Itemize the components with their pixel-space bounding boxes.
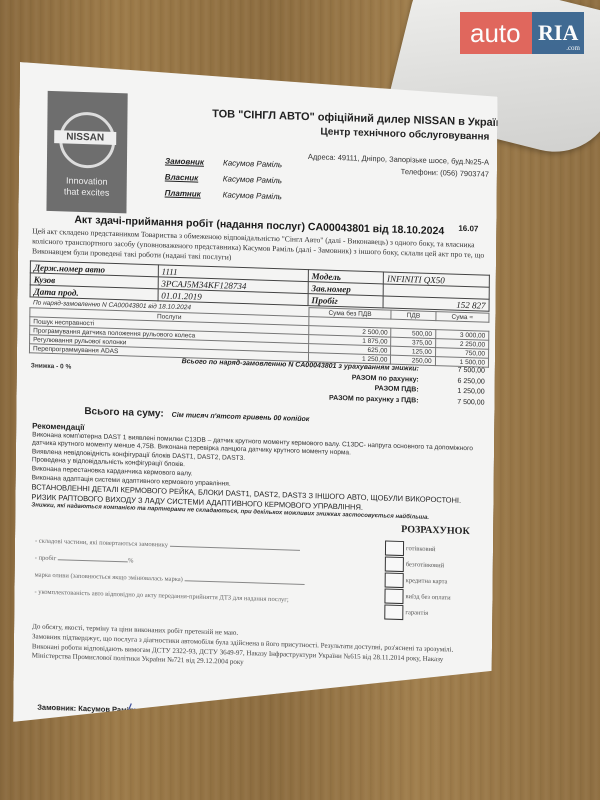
total-label: РАЗОМ по рахунку з ПДВ:	[329, 393, 419, 406]
option-label: безготівковий	[406, 561, 444, 569]
logo-tagline: Innovation that excites	[47, 175, 127, 200]
fine-print: До обсягу, якості, терміну та ціни викон…	[32, 622, 482, 675]
option-label: гарантія	[405, 609, 428, 617]
blank-label: - складові частини, які повертаються зам…	[35, 537, 168, 548]
sum-value: Сім тисяч п'ятсот гривень 00 копійок	[172, 412, 310, 423]
act-time: 16.07	[458, 224, 478, 234]
mileage-label: Пробіг	[308, 294, 383, 308]
party-label: Власник	[165, 173, 223, 184]
autoria-watermark: auto RIA.com	[460, 12, 584, 54]
department: Центр технічного обслуговування	[320, 126, 489, 142]
settlement-options: готівковий безготівковий кредитна карта …	[384, 539, 451, 621]
settlement-cash[interactable]: готівковий	[385, 539, 451, 557]
party-owner: ВласникКасумов Раміль	[165, 173, 282, 186]
blank-line[interactable]	[170, 539, 300, 551]
nissan-ring-icon: NISSAN	[59, 111, 116, 169]
watermark-ria-text: RIA	[538, 20, 578, 45]
option-label: кредитна карта	[406, 577, 448, 585]
discount: Знижка - 0 %	[31, 362, 72, 370]
blank-fields: - складові частини, які повертаються зам…	[34, 532, 305, 608]
blank-label: - пробіг	[35, 554, 57, 562]
option-label: готівковий	[406, 545, 436, 553]
company-name: ТОВ "СІНГЛ АВТО" офіційний дилер NISSAN …	[212, 108, 505, 129]
recommendations: Рекомендації Виконана комп'ютерна DAST 1…	[31, 422, 487, 524]
checkbox-icon[interactable]	[385, 572, 404, 588]
settlement-card[interactable]: кредитна карта	[385, 571, 451, 589]
checkbox-icon[interactable]	[385, 556, 404, 572]
settlement-no-pay[interactable]: виїзд без оплати	[384, 587, 450, 605]
service-act-document: NISSAN Innovation that excites ТОВ "СІНГ…	[13, 62, 498, 737]
blank-label: - укомплектованість авто відповідно до а…	[34, 588, 288, 603]
tagline-line2: that excites	[47, 186, 127, 200]
option-label: виїзд без оплати	[405, 593, 450, 601]
nissan-logo: NISSAN Innovation that excites	[46, 91, 127, 213]
checkbox-icon[interactable]	[384, 604, 403, 620]
totals-block: Всього по наряд-замовленню N CA00043801 …	[181, 357, 485, 409]
watermark-auto: auto	[460, 12, 532, 54]
party-value: Касумов Раміль	[223, 174, 282, 185]
party-label: Платник	[165, 189, 223, 200]
party-customer: ЗамовникКасумов Раміль	[165, 157, 282, 170]
checkbox-icon[interactable]	[385, 540, 404, 556]
party-payer: ПлатникКасумов Раміль	[165, 189, 282, 202]
logo-brand: NISSAN	[54, 130, 116, 145]
percent-sign: %	[128, 557, 133, 564]
checkbox-icon[interactable]	[384, 588, 403, 604]
blank-line[interactable]	[184, 573, 304, 585]
settlement-title: РОЗРАХУНОК	[401, 524, 470, 537]
company-contacts: Адреса: 49111, Дніпро, Запорізьке шосе, …	[308, 151, 489, 181]
blank-line[interactable]	[58, 552, 128, 562]
customer-label: Замовник:	[37, 703, 76, 713]
settlement-cashless[interactable]: безготівковий	[385, 555, 451, 573]
blank-label: марка оливи (заповнюється якщо змінювала…	[35, 571, 183, 583]
settlement-warranty[interactable]: гарантія	[384, 603, 450, 621]
sum-label: Всього на суму:	[84, 406, 163, 419]
total-value: 7 500,00	[437, 397, 485, 409]
watermark-ria: RIA.com	[532, 12, 584, 54]
party-value: Касумов Раміль	[223, 158, 282, 169]
watermark-sub: .com	[566, 44, 580, 52]
party-label: Замовник	[165, 157, 223, 168]
party-value: Касумов Раміль	[223, 190, 282, 201]
sum-in-words: Всього на суму:Сім тисяч п'ятсот гривень…	[84, 406, 309, 424]
